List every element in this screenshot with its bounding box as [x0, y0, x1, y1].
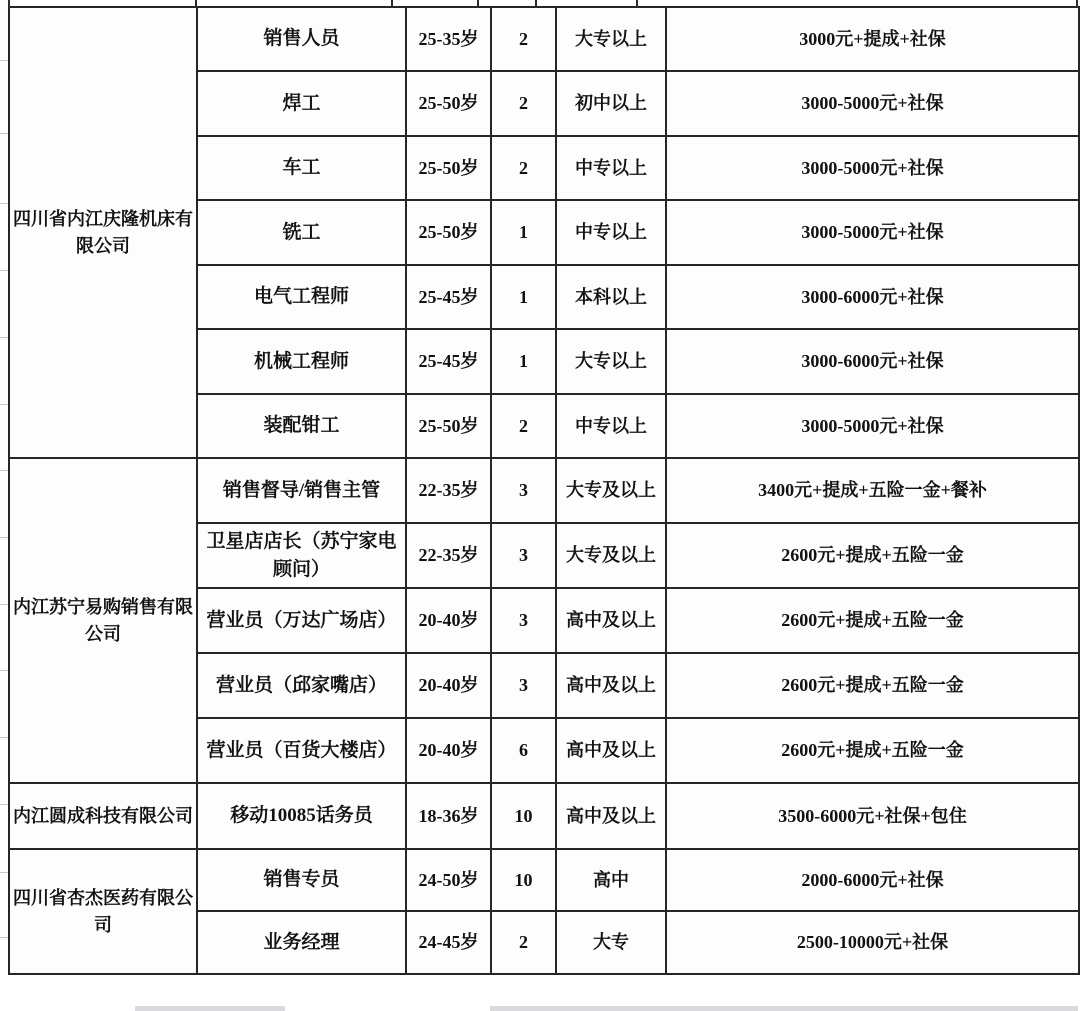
position-cell: 电气工程师 — [197, 265, 406, 329]
margin-gridline — [0, 737, 8, 738]
count-cell: 3 — [491, 458, 556, 523]
salary-cell: 2600元+提成+五险一金 — [666, 718, 1079, 783]
crop-artifact-vertical-line — [391, 0, 393, 8]
education-cell: 高中 — [556, 849, 666, 911]
education-cell: 初中以上 — [556, 71, 666, 136]
margin-gridline — [0, 937, 8, 938]
education-cell: 大专及以上 — [556, 523, 666, 588]
position-cell: 销售专员 — [197, 849, 406, 911]
margin-gridline — [0, 470, 8, 471]
company-cell: 内江圆成科技有限公司 — [9, 783, 197, 849]
salary-cell: 3000元+提成+社保 — [666, 7, 1079, 71]
education-cell: 中专以上 — [556, 394, 666, 458]
salary-cell: 3400元+提成+五险一金+餐补 — [666, 458, 1079, 523]
margin-gridline — [0, 203, 8, 204]
education-cell: 大专以上 — [556, 7, 666, 71]
position-cell: 销售人员 — [197, 7, 406, 71]
position-cell: 卫星店店长（苏宁家电顾问） — [197, 523, 406, 588]
count-cell: 1 — [491, 200, 556, 265]
count-cell: 6 — [491, 718, 556, 783]
margin-gridline — [0, 670, 8, 671]
position-cell: 业务经理 — [197, 911, 406, 974]
margin-gridline — [0, 270, 8, 271]
count-cell: 3 — [491, 653, 556, 718]
company-cell: 内江苏宁易购销售有限公司 — [9, 458, 197, 783]
age-cell: 25-45岁 — [406, 329, 491, 394]
age-cell: 25-50岁 — [406, 71, 491, 136]
age-cell: 25-45岁 — [406, 265, 491, 329]
crop-artifact-vertical-line — [195, 0, 197, 8]
position-cell: 焊工 — [197, 71, 406, 136]
count-cell: 2 — [491, 7, 556, 71]
margin-gridline — [0, 404, 8, 405]
salary-cell: 2600元+提成+五险一金 — [666, 588, 1079, 653]
education-cell: 高中及以上 — [556, 718, 666, 783]
education-cell: 大专 — [556, 911, 666, 974]
count-cell: 1 — [491, 329, 556, 394]
salary-cell: 3000-5000元+社保 — [666, 136, 1079, 200]
count-cell: 2 — [491, 71, 556, 136]
salary-cell: 3500-6000元+社保+包住 — [666, 783, 1079, 849]
company-cell: 四川省杏杰医药有限公司 — [9, 849, 197, 974]
age-cell: 20-40岁 — [406, 653, 491, 718]
position-cell: 营业员（万达广场店） — [197, 588, 406, 653]
margin-gridline — [0, 133, 8, 134]
education-cell: 中专以上 — [556, 136, 666, 200]
crop-artifact-vertical-line — [8, 0, 10, 8]
crop-artifact-vertical-line — [636, 0, 638, 8]
crop-artifact-vertical-line — [477, 0, 479, 8]
crop-artifact-bottom-patch — [490, 1006, 1078, 1011]
age-cell: 20-40岁 — [406, 718, 491, 783]
salary-cell: 2000-6000元+社保 — [666, 849, 1079, 911]
age-cell: 25-50岁 — [406, 394, 491, 458]
position-cell: 销售督导/销售主管 — [197, 458, 406, 523]
salary-cell: 3000-6000元+社保 — [666, 265, 1079, 329]
crop-artifact-bottom-patch — [135, 1006, 285, 1011]
margin-gridline — [0, 804, 8, 805]
education-cell: 高中及以上 — [556, 653, 666, 718]
salary-cell: 2600元+提成+五险一金 — [666, 653, 1079, 718]
table-row: 四川省杏杰医药有限公司 销售专员 24-50岁 10 高中 2000-6000元… — [9, 849, 1079, 911]
table-row: 内江苏宁易购销售有限公司 销售督导/销售主管 22-35岁 3 大专及以上 34… — [9, 458, 1079, 523]
salary-cell: 3000-5000元+社保 — [666, 200, 1079, 265]
education-cell: 高中及以上 — [556, 783, 666, 849]
margin-gridline — [0, 537, 8, 538]
count-cell: 10 — [491, 849, 556, 911]
position-cell: 装配钳工 — [197, 394, 406, 458]
position-cell: 营业员（邱家嘴店） — [197, 653, 406, 718]
margin-gridline — [0, 604, 8, 605]
age-cell: 24-50岁 — [406, 849, 491, 911]
age-cell: 18-36岁 — [406, 783, 491, 849]
count-cell: 2 — [491, 136, 556, 200]
position-cell: 机械工程师 — [197, 329, 406, 394]
count-cell: 10 — [491, 783, 556, 849]
count-cell: 1 — [491, 265, 556, 329]
salary-cell: 3000-5000元+社保 — [666, 394, 1079, 458]
age-cell: 25-50岁 — [406, 136, 491, 200]
age-cell: 20-40岁 — [406, 588, 491, 653]
education-cell: 本科以上 — [556, 265, 666, 329]
count-cell: 3 — [491, 523, 556, 588]
age-cell: 25-50岁 — [406, 200, 491, 265]
position-cell: 营业员（百货大楼店） — [197, 718, 406, 783]
job-listings-table: 四川省内江庆隆机床有限公司 销售人员 25-35岁 2 大专以上 3000元+提… — [8, 6, 1080, 975]
age-cell: 25-35岁 — [406, 7, 491, 71]
count-cell: 2 — [491, 911, 556, 974]
education-cell: 大专以上 — [556, 329, 666, 394]
company-cell: 四川省内江庆隆机床有限公司 — [9, 7, 197, 458]
count-cell: 3 — [491, 588, 556, 653]
table-row: 四川省内江庆隆机床有限公司 销售人员 25-35岁 2 大专以上 3000元+提… — [9, 7, 1079, 71]
table-row: 内江圆成科技有限公司 移动10085话务员 18-36岁 10 高中及以上 35… — [9, 783, 1079, 849]
salary-cell: 3000-6000元+社保 — [666, 329, 1079, 394]
education-cell: 高中及以上 — [556, 588, 666, 653]
position-cell: 车工 — [197, 136, 406, 200]
salary-cell: 3000-5000元+社保 — [666, 71, 1079, 136]
salary-cell: 2500-10000元+社保 — [666, 911, 1079, 974]
margin-gridline — [0, 337, 8, 338]
age-cell: 22-35岁 — [406, 523, 491, 588]
count-cell: 2 — [491, 394, 556, 458]
salary-cell: 2600元+提成+五险一金 — [666, 523, 1079, 588]
crop-artifact-vertical-line — [535, 0, 537, 8]
position-cell: 铣工 — [197, 200, 406, 265]
margin-gridline — [0, 60, 8, 61]
education-cell: 中专以上 — [556, 200, 666, 265]
position-cell: 移动10085话务员 — [197, 783, 406, 849]
age-cell: 22-35岁 — [406, 458, 491, 523]
age-cell: 24-45岁 — [406, 911, 491, 974]
crop-artifact-vertical-line — [1076, 0, 1078, 8]
education-cell: 大专及以上 — [556, 458, 666, 523]
margin-gridline — [0, 872, 8, 873]
